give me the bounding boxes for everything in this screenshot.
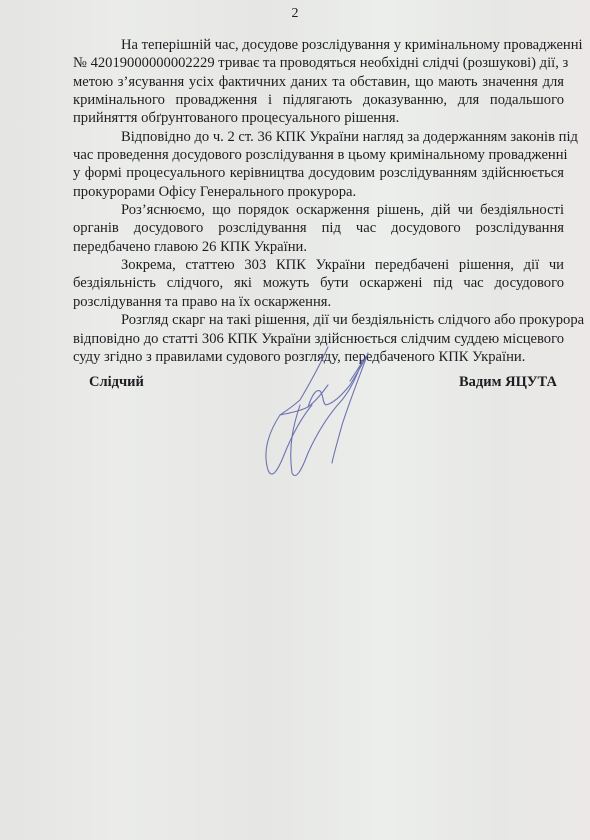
text-line: Зокрема, статтею 303 КПК України передба…: [73, 256, 564, 274]
paragraph-prosecutor-oversight: Відповідно до ч. 2 ст. 36 КПК України на…: [73, 128, 564, 201]
paragraph-appeal-procedure: Роз’яснюємо, що порядок оскарження рішен…: [73, 201, 564, 256]
text-line: прокурорами Офісу Генерального прокурора…: [73, 183, 564, 201]
text-line: На теперішній час, досудове розслідуванн…: [73, 36, 564, 54]
text-line: час проведення досудового розслідування …: [73, 146, 564, 164]
paragraph-investigation-status: На теперішній час, досудове розслідуванн…: [73, 36, 564, 128]
text-line: передбачено главою 26 КПК України.: [73, 238, 564, 256]
text-line: метою з’ясування усіх фактичних даних та…: [73, 73, 564, 91]
paragraph-article-303: Зокрема, статтею 303 КПК України передба…: [73, 256, 564, 311]
text-line: органів досудового розслідування під час…: [73, 219, 564, 237]
text-line: Відповідно до ч. 2 ст. 36 КПК України на…: [73, 128, 564, 146]
text-line: прийняття обґрунтованого процесуального …: [73, 109, 564, 127]
text-line: Розгляд скарг на такі рішення, дії чи бе…: [73, 311, 564, 329]
text-line: кримінального провадження і підлягають д…: [73, 91, 564, 109]
text-line: № 42019000000002229 триває та проводятьс…: [73, 54, 564, 72]
text-line: Роз’яснюємо, що порядок оскарження рішен…: [73, 201, 564, 219]
signer-role: Слідчий: [89, 374, 144, 391]
signer-name: Вадим ЯЦУТА: [459, 374, 557, 391]
text-line: бездіяльність слідчого, які можуть бути …: [73, 274, 564, 292]
text-line: розслідування та право на їх оскарження.: [73, 293, 564, 311]
signature-icon: [250, 345, 380, 485]
document-body: На теперішній час, досудове розслідуванн…: [73, 36, 564, 366]
page-number: 2: [0, 6, 590, 22]
text-line: у формі процесуального керівництва досуд…: [73, 164, 564, 182]
